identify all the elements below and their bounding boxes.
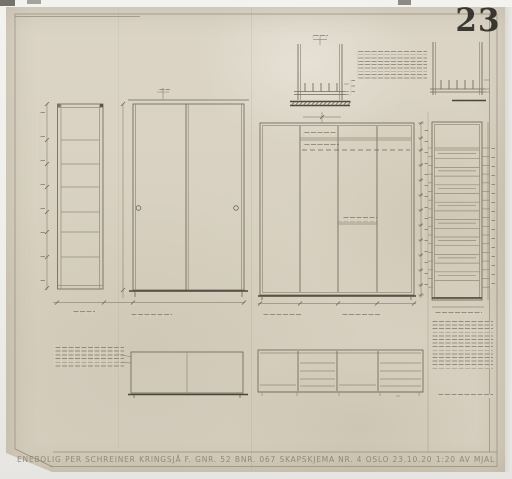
- title-gnr: GNR. 52: [195, 454, 231, 463]
- sideboard-open-elevation: [258, 350, 423, 396]
- dimension-numbers-column: [350, 80, 355, 96]
- title-client: PER SCHREINER: [65, 454, 136, 463]
- title-date: OSLO 23.10.20: [366, 454, 433, 463]
- dimension-numbers-column: [423, 130, 428, 292]
- handwritten-note-block: [431, 321, 493, 369]
- dimension-label: [262, 314, 302, 318]
- mid-shelf-annotation: [342, 217, 377, 222]
- dimension-label: [434, 312, 482, 316]
- title-drawing-name: SKAPSKJEMA NR. 4: [280, 454, 363, 463]
- handwritten-note-line: [437, 394, 493, 398]
- sheet-title: ENEBOLIG PER SCHREINER KRINGSJÅ F. GNR. …: [17, 453, 495, 466]
- dimension-numbers-column: [39, 112, 45, 288]
- title-project: ENEBOLIG: [17, 454, 62, 463]
- title-location: KRINGSJÅ F.: [139, 454, 192, 463]
- shelf-cabinet-side-view: [45, 102, 103, 290]
- rod-annotation: [303, 144, 339, 148]
- dimension-label: [312, 35, 328, 38]
- handwritten-note-block: [54, 347, 124, 369]
- title-scale: 1:20: [436, 454, 456, 463]
- dimension-label: [130, 314, 172, 318]
- dimension-ticks: [482, 148, 490, 287]
- title-bnr: BNR. 067: [235, 454, 276, 463]
- dimension-label: [341, 314, 381, 318]
- drawer-lines: [435, 150, 480, 281]
- rack-detail-section-right: [430, 42, 490, 101]
- handwritten-note-block: [357, 51, 427, 79]
- dimension-numbers-column: [490, 148, 495, 288]
- drawer-inner-lines: [438, 154, 476, 276]
- scanned-drawing-sheet: 23 ENEBOLIG PER SCHREINER KRINGSJÅ F. GN…: [0, 0, 512, 479]
- dimension-label: [72, 311, 95, 315]
- drawing-linework: [0, 0, 512, 479]
- rack-detail-section: [290, 36, 351, 106]
- dimension-lines-bottom: [53, 301, 416, 306]
- shelf-annotation: [303, 132, 336, 136]
- sideboard-closed-elevation: [118, 352, 248, 398]
- drawer-stack-section-view: [428, 122, 490, 307]
- dimension-label: [158, 89, 170, 92]
- title-author: AV MJAL: [459, 454, 495, 463]
- wardrobe-closed-elevation: [121, 88, 249, 298]
- sheet-number-stamp: 23: [455, 4, 501, 41]
- wardrobe-open-elevation: [258, 112, 424, 300]
